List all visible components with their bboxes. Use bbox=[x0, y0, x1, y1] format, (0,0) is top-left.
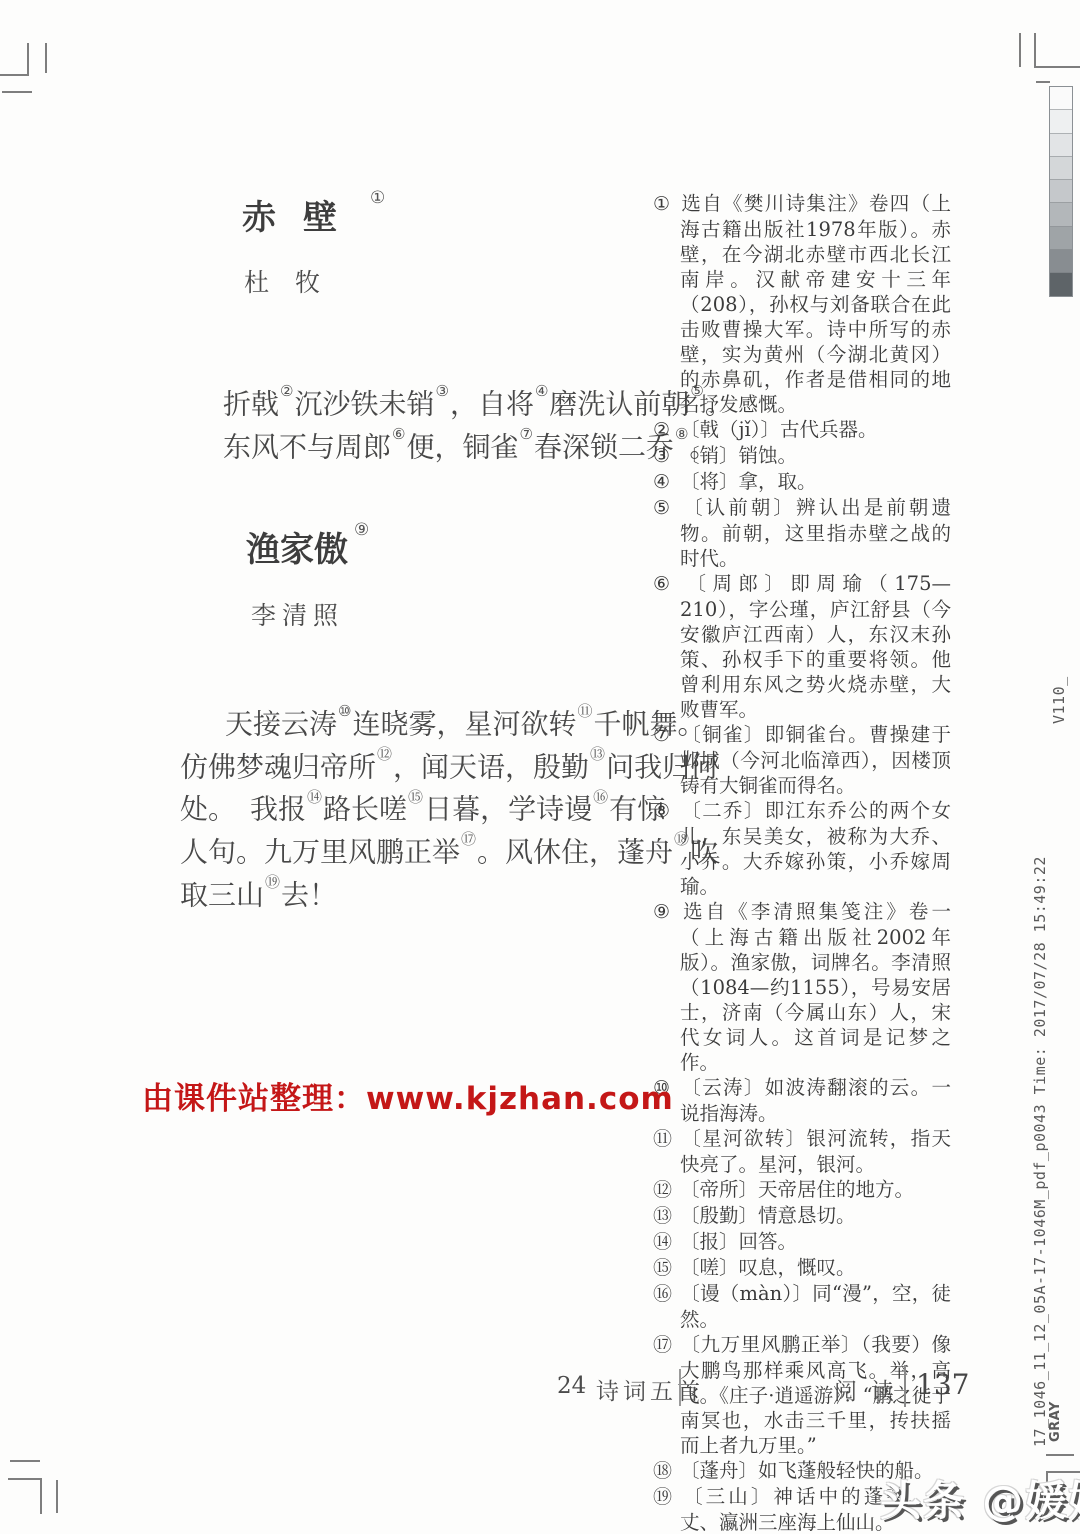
registration-mark bbox=[2, 91, 32, 93]
annotation-text: 〔云涛〕如波涛翻滚的云。一说指海涛。 bbox=[680, 1076, 951, 1125]
annotation-text: 〔报〕回答。 bbox=[680, 1230, 797, 1253]
annotation-number: ⑨ bbox=[653, 900, 680, 925]
annotation-text: 〔周郎〕即周瑜（175—210），字公瑾，庐江舒县（今安徽庐江西南）人，东汉末孙… bbox=[680, 572, 951, 721]
annotation-item: ⑦〔铜雀〕即铜雀台。曹操建于邺城（今河北临漳西），因楼顶铸有大铜雀而得名。 bbox=[653, 722, 951, 798]
grayscale-step bbox=[1050, 203, 1072, 226]
footnote-ref: ⑮ bbox=[408, 788, 423, 806]
scanned-textbook-page: { "poems": [ { "title": "赤壁", "title_ref… bbox=[0, 0, 1080, 1534]
registration-mark bbox=[40, 1478, 42, 1514]
registration-mark bbox=[27, 43, 29, 76]
annotation-number: ⑪ bbox=[653, 1127, 680, 1152]
annotation-number: ⑬ bbox=[653, 1204, 680, 1229]
poem-line: 人句。九万里风鹏正举⑰。风休住，蓬舟⑱吹 bbox=[180, 828, 718, 871]
annotation-item: ⑭〔报〕回答。 bbox=[653, 1229, 951, 1255]
footnote-ref: ⑰ bbox=[461, 830, 476, 848]
footer-divider bbox=[904, 1365, 906, 1407]
scan-version-label: V110_ bbox=[1050, 676, 1068, 724]
annotation-number: ⑯ bbox=[653, 1282, 680, 1307]
byline-watermark: 头条 @媛媛妈 bbox=[880, 1468, 1080, 1527]
footnote-ref: ⑪ bbox=[577, 702, 592, 720]
footer-divider bbox=[679, 1369, 681, 1406]
annotation-item: ⑬〔殷勤〕情意恳切。 bbox=[653, 1203, 951, 1229]
registration-mark bbox=[10, 1460, 40, 1462]
annotation-text: 〔戟（jǐ）〕古代兵器。 bbox=[680, 418, 878, 441]
annotation-number: ① bbox=[653, 192, 680, 217]
poem-line: 天接云涛⑩连晓雾，星河欲转⑪千帆舞。 bbox=[180, 700, 718, 743]
registration-mark bbox=[1034, 33, 1036, 68]
annotation-text: 〔殷勤〕情意恳切。 bbox=[680, 1204, 856, 1227]
poem-line: 处。 我报⑭路长嗟⑮日暮，学诗谩⑯有惊 bbox=[180, 785, 718, 828]
annotation-item: ⑩〔云涛〕如波涛翻滚的云。一说指海涛。 bbox=[653, 1075, 951, 1126]
footnote-ref: ⑲ bbox=[265, 873, 280, 891]
poem1-title: 赤壁① bbox=[242, 190, 385, 239]
annotation-item: ③〔销〕销蚀。 bbox=[653, 443, 951, 469]
scan-color-mode-label: GRAY bbox=[1048, 1401, 1063, 1442]
footnote-ref: ⑯ bbox=[593, 788, 608, 806]
grayscale-step bbox=[1050, 180, 1072, 203]
annotation-text: 〔铜雀〕即铜雀台。曹操建于邺城（今河北临漳西），因楼顶铸有大铜雀而得名。 bbox=[680, 723, 951, 797]
annotation-text: 选自《樊川诗集注》卷四（上海古籍出版社1978年版）。赤壁，在今湖北赤壁市西北长… bbox=[680, 192, 951, 416]
registration-mark bbox=[1036, 81, 1050, 83]
annotation-number: ⑦ bbox=[653, 723, 680, 748]
footer-section: 阅读 bbox=[834, 1373, 908, 1406]
annotation-number: ⑮ bbox=[653, 1256, 680, 1281]
footnote-ref: ⑬ bbox=[590, 745, 605, 763]
footnote-ref: ⑭ bbox=[307, 788, 322, 806]
annotation-text: 〔九万里风鹏正举〕（我要）像大鹏鸟那样乘风高飞。举，高飞。《庄子·逍遥游》：“鹏… bbox=[680, 1333, 951, 1457]
grayscale-step bbox=[1050, 134, 1072, 157]
annotation-item: ⑤〔认前朝〕辨认出是前朝遗物。前朝，这里指赤壁之战的时代。 bbox=[653, 495, 951, 571]
annotation-item: ⑫〔帝所〕天帝居住的地方。 bbox=[653, 1177, 951, 1203]
annotation-number: ② bbox=[653, 418, 680, 443]
annotation-number: ④ bbox=[653, 470, 680, 495]
annotation-text: 〔销〕销蚀。 bbox=[680, 444, 797, 467]
annotation-item: ⑥〔周郎〕即周瑜（175—210），字公瑾，庐江舒县（今安徽庐江西南）人，东汉末… bbox=[653, 571, 951, 722]
annotation-number: ⑥ bbox=[653, 572, 680, 597]
page-number: 137 bbox=[916, 1368, 969, 1401]
annotation-number: ⑰ bbox=[653, 1333, 680, 1358]
annotation-text: 〔嗟〕叹息，慨叹。 bbox=[680, 1256, 856, 1279]
poem-line: 取三山⑲去！ bbox=[180, 871, 718, 914]
annotation-text: 〔二乔〕即江东乔公的两个女儿，东吴美女，被称为大乔、小乔。大乔嫁孙策，小乔嫁周瑜… bbox=[680, 799, 951, 898]
annotation-text: 〔将〕拿，取。 bbox=[680, 470, 817, 493]
poem2-title: 渔家傲⑨ bbox=[246, 522, 369, 571]
poem1-author: 杜牧 bbox=[244, 263, 346, 299]
grayscale-step bbox=[1050, 273, 1072, 295]
registration-mark bbox=[45, 43, 47, 73]
annotation-number: ⑤ bbox=[653, 496, 680, 521]
footer-lesson-number: 24 bbox=[557, 1373, 586, 1399]
registration-mark bbox=[1034, 66, 1080, 68]
poem2-title-text: 渔家傲 bbox=[246, 530, 348, 570]
footer-lesson-title: 诗词五首 bbox=[596, 1373, 704, 1406]
poem2-author: 李清照 bbox=[251, 596, 344, 632]
footnote-ref: ④ bbox=[535, 382, 548, 400]
grayscale-step bbox=[1050, 87, 1072, 110]
poem1-title-text: 赤壁 bbox=[242, 198, 364, 238]
grayscale-step bbox=[1050, 227, 1072, 250]
annotation-number: ⑲ bbox=[653, 1485, 680, 1510]
grayscale-step bbox=[1050, 157, 1072, 180]
annotation-number: ③ bbox=[653, 444, 680, 469]
annotation-number: ⑧ bbox=[653, 799, 680, 824]
site-watermark: 由课件站整理：www.kjzhan.com bbox=[142, 1073, 674, 1118]
registration-mark bbox=[1046, 1454, 1074, 1456]
poem-line: 仿佛梦魂归帝所⑫，闻天语，殷勤⑬问我归何 bbox=[180, 743, 718, 786]
annotation-item: ⑯〔谩（màn）〕同“漫”，空，徒然。 bbox=[653, 1281, 951, 1332]
annotation-text: 选自《李清照集笺注》卷一（上海古籍出版社2002年版）。渔家傲，词牌名。李清照（… bbox=[680, 900, 951, 1074]
poem2-text: 天接云涛⑩连晓雾，星河欲转⑪千帆舞。仿佛梦魂归帝所⑫，闻天语，殷勤⑬问我归何处。… bbox=[180, 700, 718, 914]
annotation-item: ①选自《樊川诗集注》卷四（上海古籍出版社1978年版）。赤壁，在今湖北赤壁市西北… bbox=[653, 191, 951, 417]
scan-file-info: 17_1046_11_12_05A-17-1046M_pdf_p0043 Tim… bbox=[1031, 856, 1049, 1447]
annotation-number: ⑱ bbox=[653, 1459, 680, 1484]
footnote-ref: ⑥ bbox=[392, 425, 405, 443]
footnote-ref: ⑨ bbox=[354, 520, 369, 540]
footnote-ref: ② bbox=[280, 382, 293, 400]
registration-mark bbox=[8, 1478, 42, 1480]
annotation-item: ⑧〔二乔〕即江东乔公的两个女儿，东吴美女，被称为大乔、小乔。大乔嫁孙策，小乔嫁周… bbox=[653, 798, 951, 899]
annotation-number: ⑫ bbox=[653, 1178, 680, 1203]
registration-mark bbox=[56, 1480, 58, 1513]
footnote-ref: ⑫ bbox=[377, 745, 392, 763]
annotations-column: ①选自《樊川诗集注》卷四（上海古籍出版社1978年版）。赤壁，在今湖北赤壁市西北… bbox=[653, 191, 951, 1534]
grayscale-step bbox=[1050, 110, 1072, 133]
registration-mark bbox=[0, 74, 29, 76]
annotation-item: ②〔戟（jǐ）〕古代兵器。 bbox=[653, 417, 951, 443]
annotation-item: ④〔将〕拿，取。 bbox=[653, 469, 951, 495]
grayscale-calibration-strip bbox=[1049, 86, 1073, 297]
annotation-item: ⑮〔嗟〕叹息，慨叹。 bbox=[653, 1255, 951, 1281]
footnote-ref: ⑩ bbox=[338, 702, 351, 720]
annotation-text: 〔认前朝〕辨认出是前朝遗物。前朝，这里指赤壁之战的时代。 bbox=[680, 496, 951, 570]
annotation-text: 〔帝所〕天帝居住的地方。 bbox=[680, 1178, 914, 1201]
annotation-item: ⑨选自《李清照集笺注》卷一（上海古籍出版社2002年版）。渔家傲，词牌名。李清照… bbox=[653, 899, 951, 1075]
registration-mark bbox=[1019, 33, 1021, 67]
annotation-text: 〔星河欲转〕银河流转，指天快亮了。星河，银河。 bbox=[680, 1127, 951, 1176]
annotation-number: ⑭ bbox=[653, 1230, 680, 1255]
annotation-text: 〔谩（màn）〕同“漫”，空，徒然。 bbox=[680, 1282, 951, 1331]
footnote-ref: ① bbox=[370, 188, 385, 208]
grayscale-step bbox=[1050, 250, 1072, 273]
annotation-item: ⑪〔星河欲转〕银河流转，指天快亮了。星河，银河。 bbox=[653, 1126, 951, 1177]
footnote-ref: ③ bbox=[435, 382, 448, 400]
footnote-ref: ⑦ bbox=[519, 425, 532, 443]
